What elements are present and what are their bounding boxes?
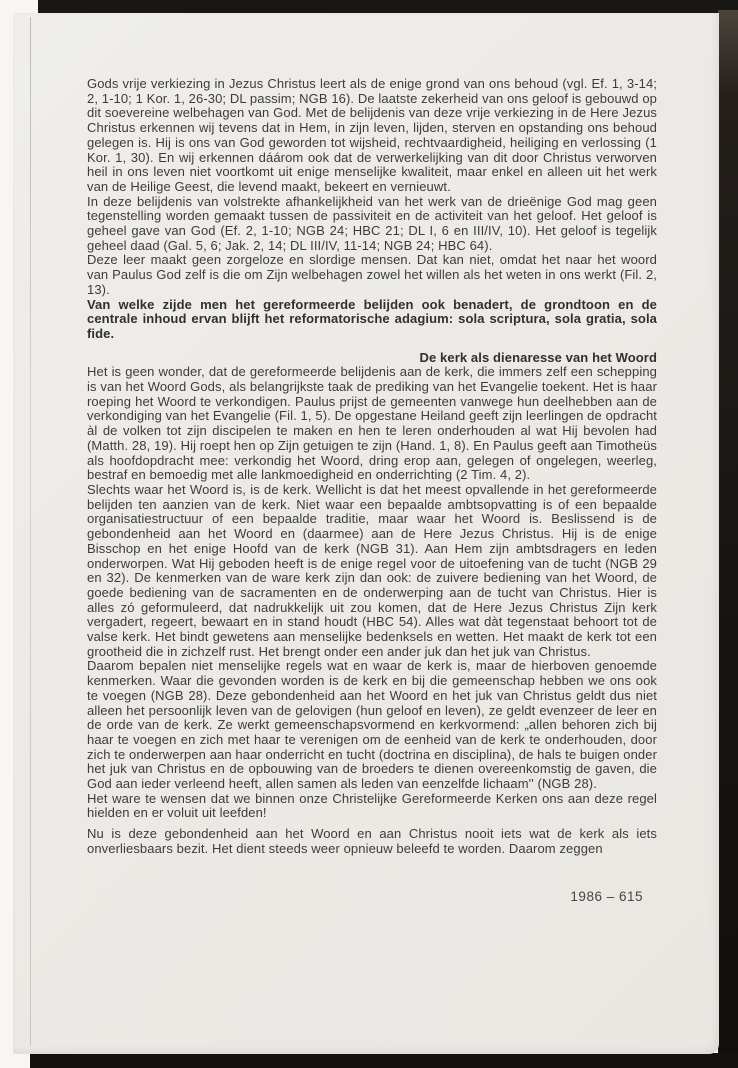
paragraph: Het ware te wensen dat we binnen onze Ch… xyxy=(87,792,657,821)
book-page: Gods vrije verkiezing in Jezus Christus … xyxy=(13,13,719,1054)
paragraph: Slechts waar het Woord is, is de kerk. W… xyxy=(87,483,657,659)
text-block: Gods vrije verkiezing in Jezus Christus … xyxy=(87,77,657,904)
bold-paragraph: Van welke zijde men het gereformeerde be… xyxy=(87,298,657,342)
paragraph: Nu is deze gebondenheid aan het Woord en… xyxy=(87,827,657,856)
page-number: 1986 – 615 xyxy=(87,890,657,905)
scanned-page: Gods vrije verkiezing in Jezus Christus … xyxy=(0,0,738,1068)
section-heading: De kerk als dienaresse van het Woord xyxy=(87,351,657,366)
paragraph: Deze leer maakt geen zorgeloze en slordi… xyxy=(87,253,657,297)
page-fold-line xyxy=(30,17,31,1046)
paragraph: In deze belijdenis van volstrekte afhank… xyxy=(87,195,657,254)
scan-edge-top xyxy=(38,0,738,14)
paragraph: Daarom bepalen niet menselijke regels wa… xyxy=(87,659,657,791)
scan-edge-right xyxy=(718,10,738,1068)
paragraph: Het is geen wonder, dat de gereformeerde… xyxy=(87,365,657,483)
paragraph: Gods vrije verkiezing in Jezus Christus … xyxy=(87,77,657,195)
scan-edge-bottom xyxy=(30,1053,738,1068)
